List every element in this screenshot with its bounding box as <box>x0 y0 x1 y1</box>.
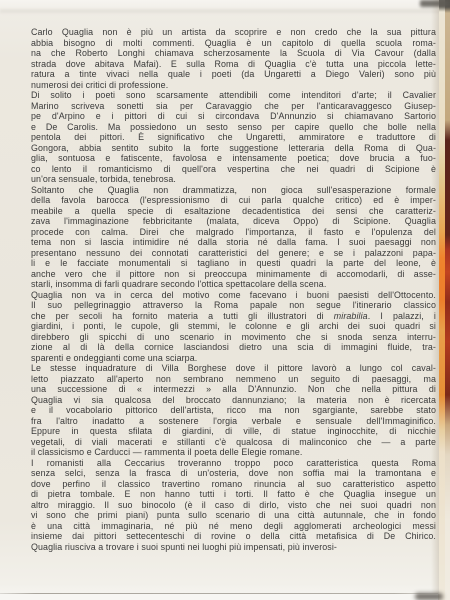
text-line: procede con calma. Direi che malgrado l'… <box>31 227 436 238</box>
text-line: abbia bisogno di molti commenti. Quaglia… <box>31 38 436 49</box>
text-line: glia, sontuosa e fatiscente, favolosa e … <box>31 153 436 164</box>
text-line: della favola barocca (l'espressionismo d… <box>31 195 436 206</box>
text-line: na che Roberto Longhi chiamava scherzosa… <box>31 48 436 59</box>
text-line: vegetali, di viali macerati e stillanti … <box>31 437 436 448</box>
text-line: li e le facciate monumentali si tagliano… <box>31 258 436 269</box>
book-fore-edge-outer <box>445 0 450 600</box>
text-line: dove perfino il classico travertino roma… <box>31 479 436 490</box>
text-line: numerosi dei critici di professione. <box>31 80 436 91</box>
text-line: Di solito i poeti sono scarsamente atten… <box>31 90 436 101</box>
text-line: Quaglia vi sia qualcosa del broccato dan… <box>31 395 436 406</box>
text-line: letto piazzato all'aperto non sembrano n… <box>31 374 436 385</box>
text-line: presentano nessuno dei connotati caratte… <box>31 248 436 259</box>
page-curve-shadow <box>431 0 439 600</box>
text-line: e De Carolis. Ma possiedono un sesto sen… <box>31 122 436 133</box>
text-line: Quaglia non va in cerca del motivo come … <box>31 290 436 301</box>
text-line: un'ora sensuale, torbida, tenebrosa. <box>31 174 436 185</box>
text-line: Eppure in questa sfilata di giardini, di… <box>31 426 436 437</box>
page-text: Carlo Quaglia non è più un artista da sc… <box>31 27 436 552</box>
page-bottom-margin <box>0 594 438 600</box>
text-line: starli, insomma di farli quadrare second… <box>31 279 436 290</box>
text-line: Il suo pellegrinaggio attraverso la Roma… <box>31 300 436 311</box>
text-line: meabile a quella specie di esaltazione d… <box>31 206 436 217</box>
text-line: zava l'immaginazione febbricitante (mala… <box>31 216 436 227</box>
text-line: Marino scriveva sonetti sia per Caravagg… <box>31 101 436 112</box>
text-line: una successione di « intermezzi » alla D… <box>31 384 436 395</box>
text-line: fra l'altro inadatto a sostenere l'orgia… <box>31 416 436 427</box>
text-line: strada dove abitava Mafai). E sulla Roma… <box>31 59 436 70</box>
text-line: Gongora, abbia sentito subito la forte s… <box>31 143 436 154</box>
scan-artifact-top-right <box>420 0 448 7</box>
text-line: vi sono che primi piani) punta sullo sce… <box>31 510 436 521</box>
text-line: è una città immaginaria, né più né meno … <box>31 521 436 532</box>
text-line: ratura a tinte vivaci nella quale i poet… <box>31 69 436 80</box>
text-line: Le stesse inquadrature di Villa Borghese… <box>31 363 436 374</box>
text-line: giardini, i ponti, le cupole, gli stemmi… <box>31 321 436 332</box>
text-line: tema non si lascia intimidire né dalla s… <box>31 237 436 248</box>
text-line: pentola dei pittori. È significativo che… <box>31 132 436 143</box>
scan-banding <box>0 9 450 13</box>
text-line: insieme dai pittori settecenteschi di ro… <box>31 531 436 542</box>
text-line: anche vero che il pittore non si preoccu… <box>31 269 436 280</box>
text-line: e il vocabolario pittorico dell'artista,… <box>31 405 436 416</box>
text-line: co lento il romanticismo di quell'ora ve… <box>31 164 436 175</box>
text-line: il classicismo e Carducci — rammenta il … <box>31 447 436 458</box>
book-page-scan: Carlo Quaglia non è più un artista da sc… <box>0 0 450 600</box>
text-line: I romanisti alla Ceccarius troveranno tr… <box>31 458 436 469</box>
text-line: direbbero gli spicchi di uno scenario in… <box>31 332 436 343</box>
text-line: senza selci, senza la frasca di un'oster… <box>31 468 436 479</box>
text-line: Carlo Quaglia non è più un artista da sc… <box>31 27 436 38</box>
text-line: sparenti e ondeggianti come una sciarpa. <box>31 353 436 364</box>
text-line: che per secoli ha fornito materia a tutt… <box>31 311 436 322</box>
text-line: di pietra tombale. E non hanno tutti i t… <box>31 489 436 500</box>
scan-artifact-bottom-right <box>415 593 443 600</box>
text-line: zione al di là della cornice lasciandosi… <box>31 342 436 353</box>
text-line: altro miraggio. Il suo binocolo (è il ca… <box>31 500 436 511</box>
text-line: Quaglia riusciva a trovare i suoi spunti… <box>31 542 436 553</box>
text-line: pe d'Arpino e i pittori di cui si circon… <box>31 111 436 122</box>
text-line: Soltanto che Quaglia non drammatizza, no… <box>31 185 436 196</box>
